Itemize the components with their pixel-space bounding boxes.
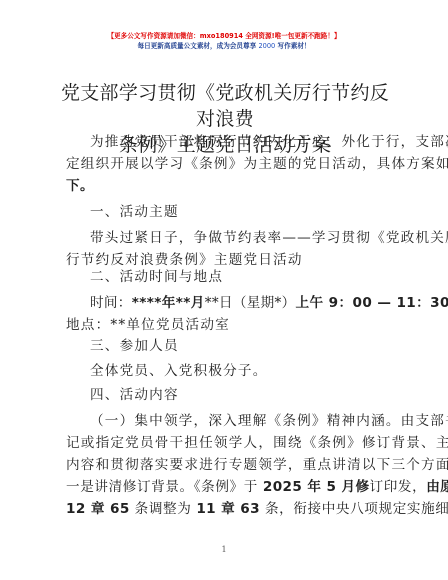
promo-wechat-id: mxo180914 xyxy=(200,32,243,40)
promo-text-suffix: 写作素材！ xyxy=(275,42,310,50)
content-sub1-line-2: 记或指定党员骨干担任领学人，围绕《条例》修订背景、主要 xyxy=(66,434,386,452)
point1-text-f: 条调整为 xyxy=(130,501,197,517)
content-sub1-line-1: （一）集中领学，深入理解《条例》精神内涵。由支部书 xyxy=(90,412,410,430)
point1-text-d: 由原 xyxy=(426,479,448,495)
promo-text-suffix: 全网资源!唯一包更新不跑路！】 xyxy=(243,32,341,40)
participants-line: 全体党员、入党积极分子。 xyxy=(90,362,410,380)
point1-new-count: 11 章 63 xyxy=(196,501,260,517)
point1-orig-count: 12 章 65 xyxy=(66,501,130,517)
content-point1-line-2: 12 章 65 条调整为 11 章 63 条，衔接中央八项规定实施细 xyxy=(66,500,386,518)
point1-text-c: 订印发， xyxy=(370,479,427,495)
time-year: ****年 xyxy=(132,295,176,311)
promo-count: 2000 xyxy=(258,42,275,50)
theme-line-1: 带头过紧日子，争做节约表率——学习贯彻《党政机关厉 xyxy=(90,229,410,247)
section-heading-participants: 三、参加人员 xyxy=(90,337,410,355)
place-line: 地点：**单位党员活动室 xyxy=(66,316,386,334)
time-day: **日（星期*） xyxy=(205,295,296,311)
point1-text-a: 一是讲清修订背景。《条例》于 xyxy=(66,479,263,495)
promo-text-prefix: 【更多公文写作资源请加微信： xyxy=(107,32,199,40)
point1-text-h: 条，衔接中央八项规定实施细 xyxy=(260,501,448,517)
intro-line-2: 定组织开展以学习《条例》为主题的党日活动，具体方案如 xyxy=(66,155,386,173)
time-label: 时间： xyxy=(90,295,132,311)
time-month: **月 xyxy=(176,295,205,311)
intro-line-1: 为推动党员干部将厉行节约内化于心、外化于行，支部决 xyxy=(90,133,410,151)
title-line-1: 党支部学习贯彻《党政机关厉行节约反对浪费 xyxy=(60,80,390,132)
intro-line-3: 下。 xyxy=(66,177,386,195)
theme-line-2: 行节约反对浪费条例》主题党日活动 xyxy=(66,251,386,269)
content-point1-line-1: 一是讲清修订背景。《条例》于 2025 年 5 月修订印发，由原 xyxy=(66,478,386,496)
content-sub1-line-3: 内容和贯彻落实要求进行专题领学，重点讲清以下三个方面。 xyxy=(66,456,386,474)
section-heading-content: 四、活动内容 xyxy=(90,386,410,404)
point1-date: 2025 年 5 月修 xyxy=(263,479,370,495)
time-range: 上午 9：00 — 11：30 xyxy=(296,295,448,311)
document-page: 【更多公文写作资源请加微信：mxo180914 全网资源!唯一包更新不跑路！】 … xyxy=(0,0,448,580)
time-line: 时间：****年**月**日（星期*）上午 9：00 — 11：30 xyxy=(90,294,410,312)
promo-banner-line2: 每日更新高质量公文素材，成为会员尊享 2000 写作素材！ xyxy=(0,40,448,50)
page-number: 1 xyxy=(0,545,448,554)
section-heading-theme: 一、活动主题 xyxy=(90,203,410,221)
promo-banner-line1: 【更多公文写作资源请加微信：mxo180914 全网资源!唯一包更新不跑路！】 xyxy=(0,30,448,40)
section-heading-time-place: 二、活动时间与地点 xyxy=(90,268,410,286)
promo-text-prefix: 每日更新高质量公文素材，成为会员尊享 xyxy=(137,42,258,50)
